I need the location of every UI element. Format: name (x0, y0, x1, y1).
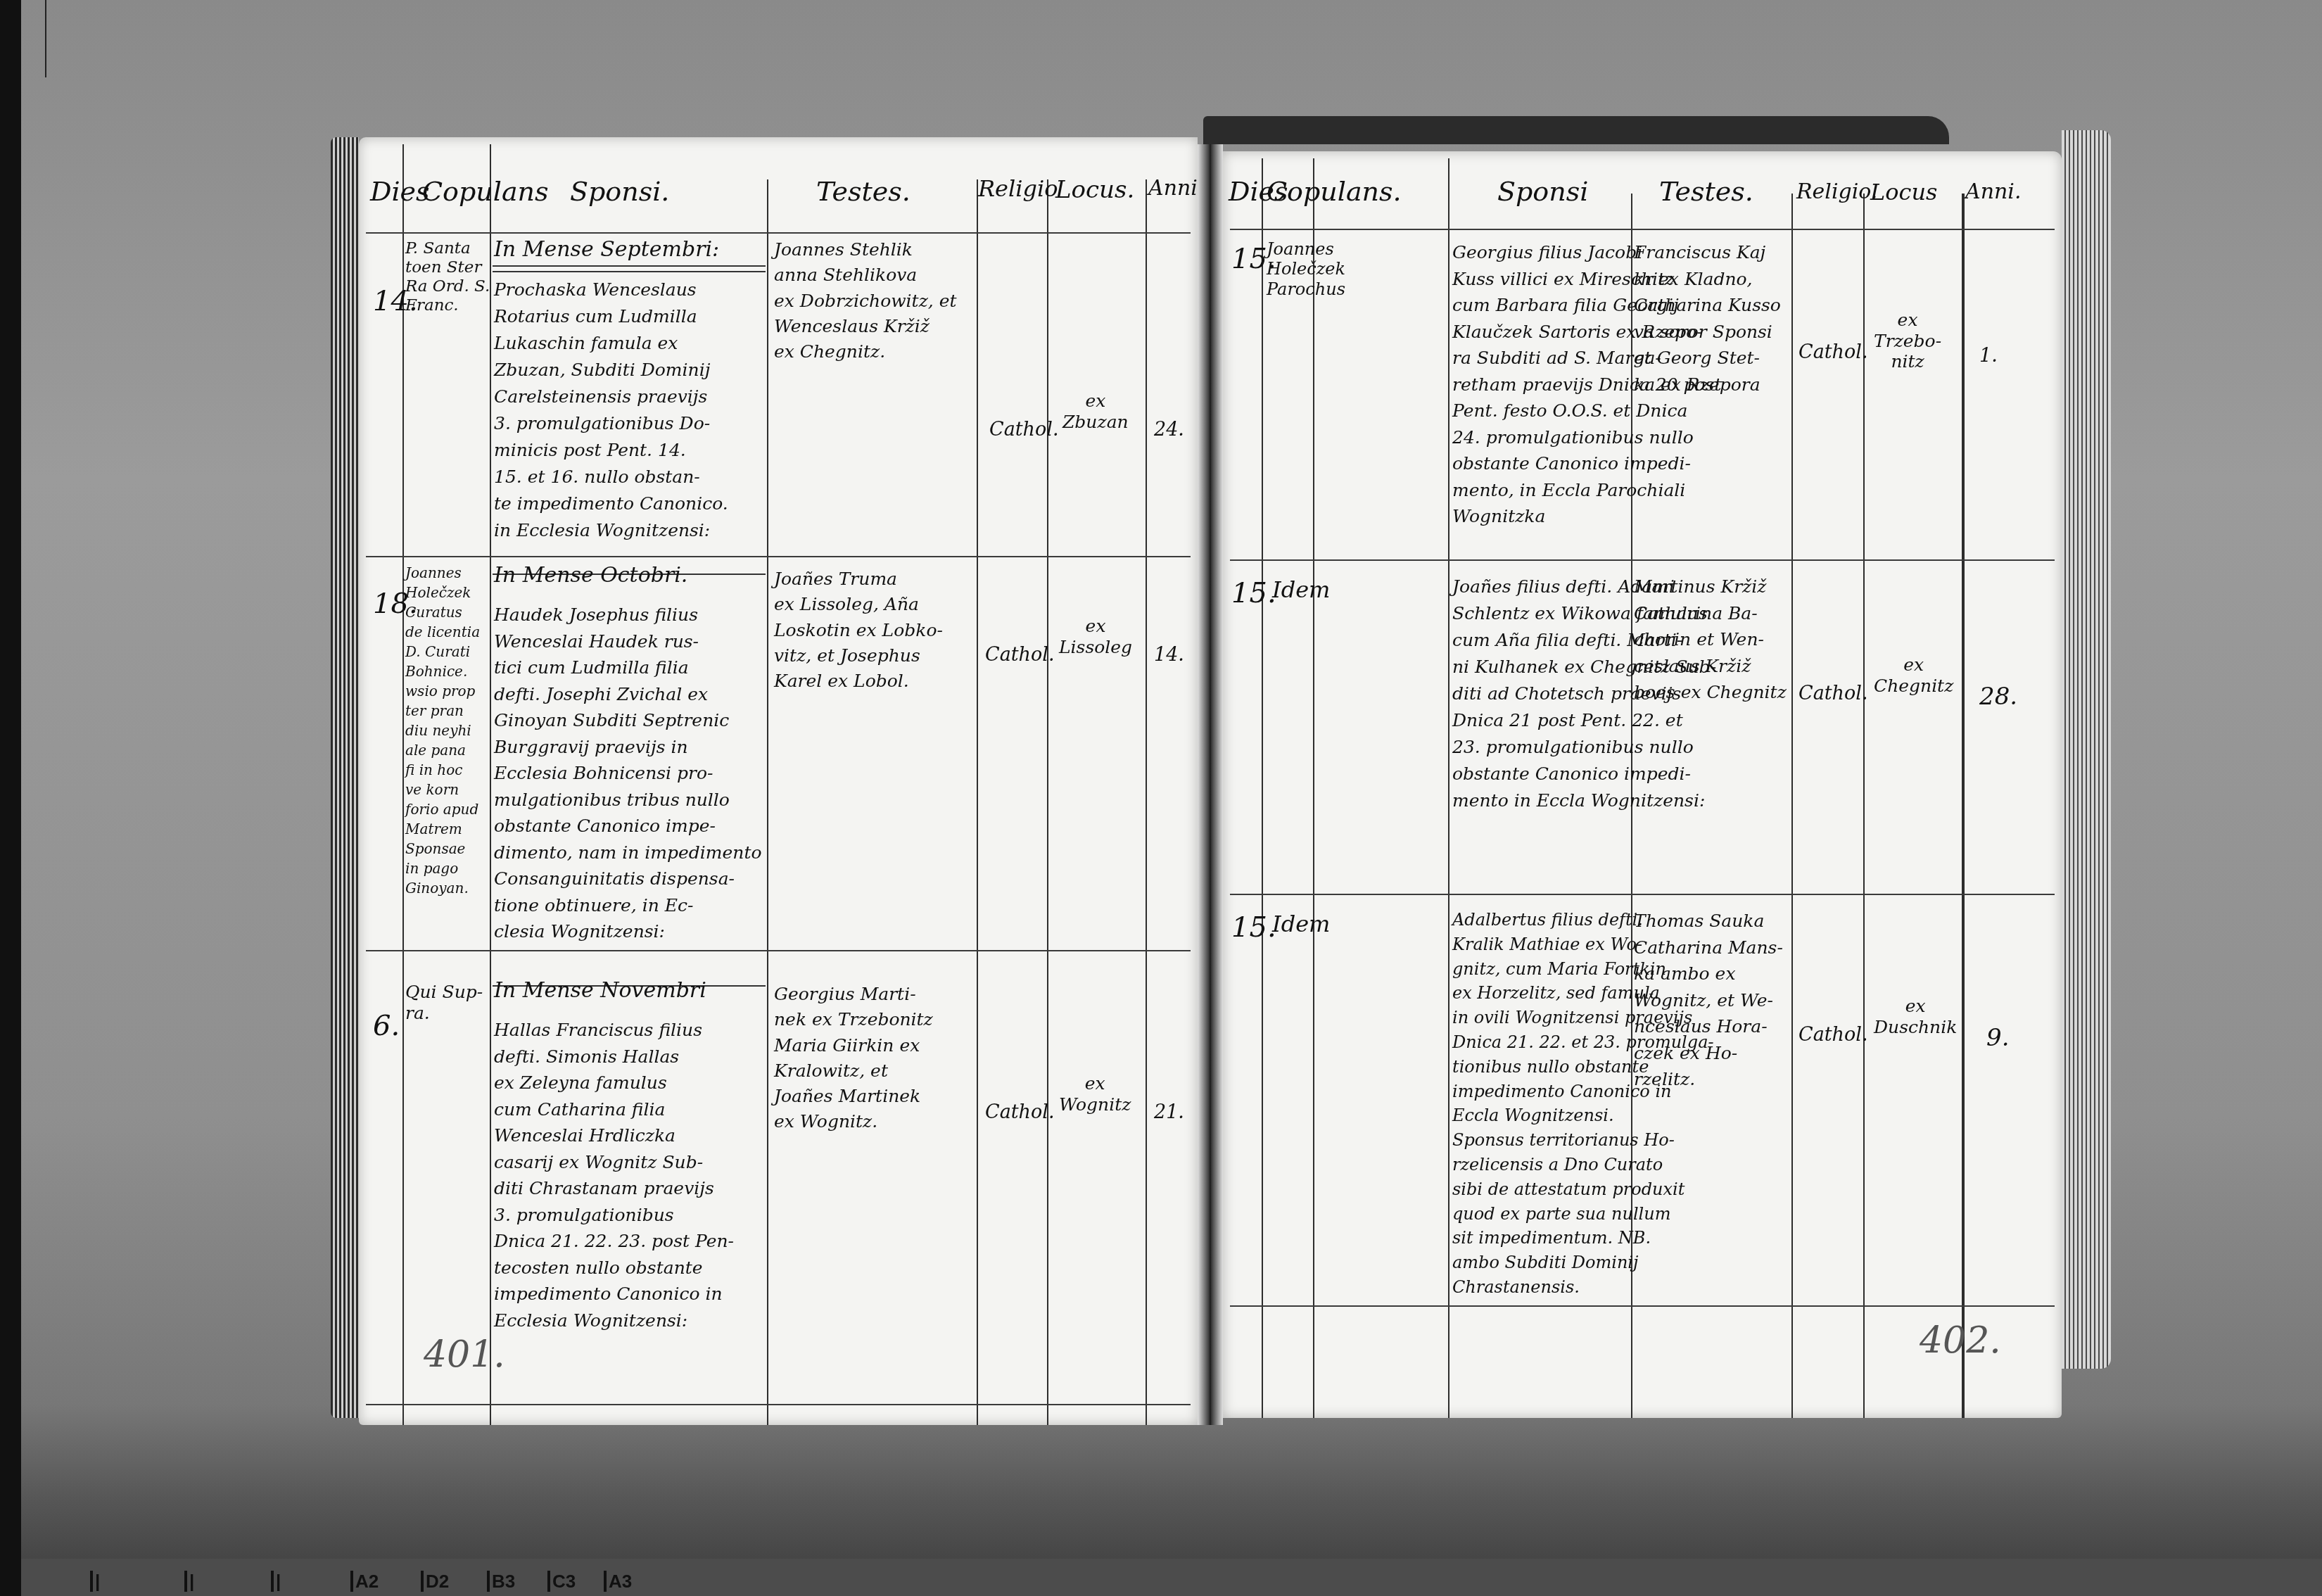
calibration-mark: B3 (487, 1571, 515, 1592)
entry-copulans: Idem (1272, 577, 1330, 604)
entry-copulans: Idem (1272, 911, 1330, 938)
entry-locus: ex Trzebo- nitz (1874, 310, 1941, 372)
scan-artifact (45, 0, 46, 77)
entry-copulans: Joannes Holečzek Parochus (1267, 239, 1345, 299)
page-edges-left (331, 137, 359, 1418)
header-anni: Anni. (1965, 179, 2021, 204)
entry-religio: Cathol. (985, 1101, 1054, 1124)
header-sponsi: Sponsi. (570, 176, 669, 208)
entry-anni: 9. (1986, 1024, 2009, 1052)
left-page: Dies Copulans Sponsi. Testes. Religio Lo… (359, 137, 1198, 1425)
header-testes: Testes. (816, 176, 911, 208)
page-number: 401. (424, 1334, 505, 1376)
entry-testes: Martinus Kržiž Catharina Ba- chorin et W… (1634, 574, 1787, 706)
entry-locus: ex Wognitz (1059, 1073, 1131, 1115)
scan-border (0, 0, 21, 1596)
entry-anni: 21. (1154, 1101, 1184, 1124)
header-sponsi: Sponsi (1497, 176, 1588, 208)
open-register-book: Dies Copulans Sponsi. Testes. Religio Lo… (331, 123, 2111, 1432)
entry-testes: Joañes Truma ex Lissoleg, Aña Loskotin e… (774, 566, 943, 694)
entry-copulans: Qui Sup- ra. (405, 982, 483, 1023)
entry-religio: Cathol. (1798, 1024, 1867, 1046)
header-religio: Religio (978, 176, 1058, 203)
entry-copulans: Joannes Holečzek Curatus de licentia D. … (405, 563, 480, 898)
entry-day: 6. (373, 1010, 400, 1043)
entry-locus: ex Chegnitz (1874, 654, 1953, 696)
month-heading: In Mense Novembri (494, 978, 706, 1003)
header-testes: Testes. (1659, 176, 1753, 208)
page-number: 402. (1920, 1319, 2001, 1362)
entry-day: 15. (1231, 577, 1276, 610)
entry-testes: Franciscus Kaj kr ex Kladno, Catharina K… (1634, 239, 1781, 398)
header-locus: Locus. (1055, 176, 1134, 204)
entry-sponsi: Hallas Franciscus filius defti. Simonis … (494, 1017, 734, 1334)
entry-anni: 14. (1154, 644, 1184, 666)
calibration-mark: | (90, 1571, 100, 1592)
entry-testes: Georgius Marti- nek ex Trzebonitz Maria … (774, 982, 933, 1135)
entry-testes: Thomas Sauka Catharina Mans- ka ambo ex … (1634, 908, 1783, 1093)
calibration-mark: D2 (421, 1571, 449, 1592)
calibration-mark: A3 (604, 1571, 632, 1592)
book-gutter (1198, 144, 1223, 1425)
entry-anni: 24. (1154, 419, 1184, 441)
header-locus: Locus (1870, 179, 1937, 206)
header-anni: Anni. (1148, 176, 1204, 201)
entry-anni: 1. (1979, 345, 1998, 367)
page-edges-right (2062, 130, 2111, 1369)
header-religio: Religio. (1796, 179, 1877, 204)
entry-day: 15. (1231, 911, 1276, 944)
entry-sponsi: Prochaska Wenceslaus Rotarius cum Ludmil… (494, 277, 728, 544)
entry-locus: ex Zbuzan (1062, 391, 1129, 432)
entry-testes: Joannes Stehlik anna Stehlikova ex Dobrz… (774, 237, 957, 365)
header-copulans: Copulans. (1267, 176, 1402, 208)
entry-religio: Cathol. (1798, 341, 1867, 364)
header-dies: Dies (370, 176, 430, 208)
entry-religio: Cathol. (985, 644, 1054, 666)
calibration-mark: | (184, 1571, 194, 1592)
calibration-mark: | (271, 1571, 281, 1592)
entry-religio: Cathol. (989, 419, 1058, 441)
entry-locus: ex Lissoleg (1059, 616, 1132, 657)
entry-sponsi: Haudek Josephus filius Wenceslai Haudek … (494, 602, 762, 945)
calibration-mark: C3 (547, 1571, 576, 1592)
month-heading: In Mense Octobri. (494, 563, 687, 588)
entry-religio: Cathol. (1798, 683, 1867, 705)
entry-anni: 28. (1979, 683, 2017, 711)
entry-locus: ex Duschnik (1874, 996, 1957, 1037)
right-page: Dies Copulans. Sponsi Testes. Religio. L… (1223, 151, 2062, 1418)
calibration-mark: A2 (350, 1571, 379, 1592)
entry-copulans: P. Santa toen Ster Ra Ord. S. Franc. (405, 239, 490, 316)
header-copulans: Copulans (422, 176, 549, 208)
book-cover-edge (1203, 116, 1949, 144)
month-heading: In Mense Septembri: (494, 237, 719, 262)
